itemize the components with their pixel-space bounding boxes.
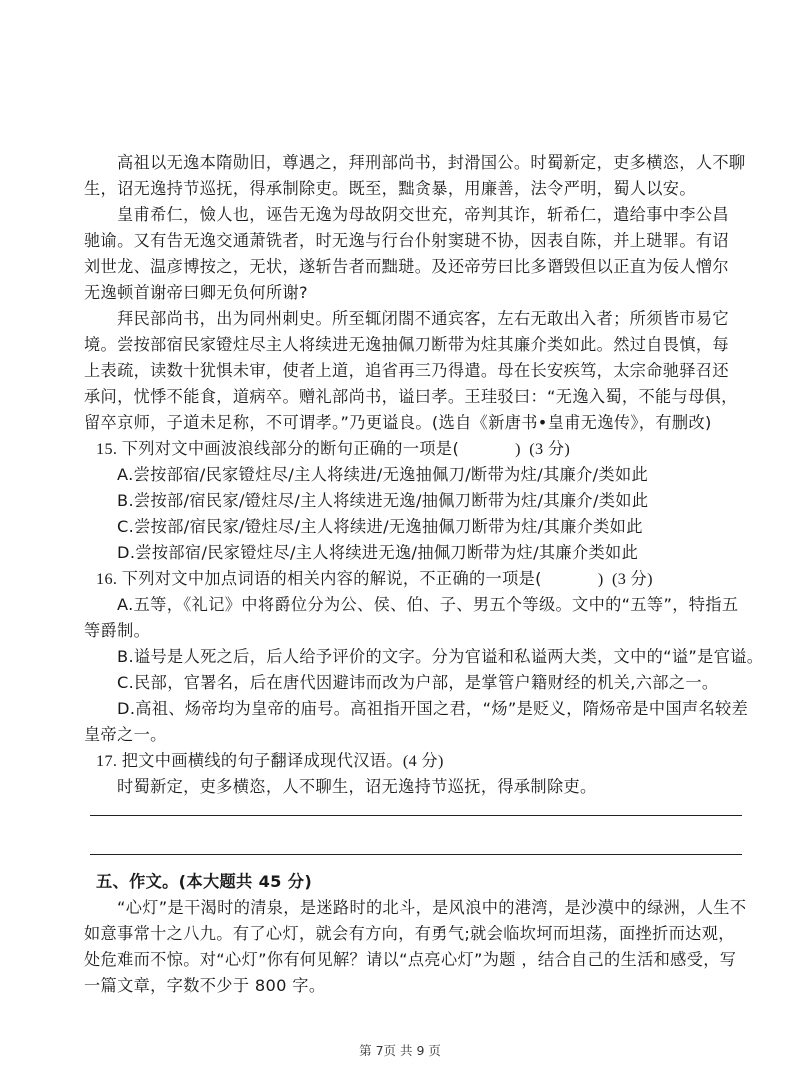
question-score: (3 分): [612, 570, 653, 588]
passage-line: 境。尝按部宿民家镫炷尽主人将续进无逸抽佩刀断带为炷其廉介类如此。然过自畏慎，每: [84, 335, 744, 355]
question-number: 15.: [96, 440, 117, 458]
answer-line[interactable]: [90, 815, 742, 816]
option-d: D.高祖、炀帝均为皇帝的庙号。高祖指开国之君，“炀”是贬义，隋炀帝是中国声名较差: [117, 699, 744, 719]
passage-line: 上表疏，读数十犹惧未审，使者上道，追省再三乃得遣。母在长安疾笃，太宗命驰驿召还: [84, 361, 744, 381]
option-c: C.民部，官署名，后在唐代因避讳而改为户部，是掌管户籍财经的机关,六部之一。: [117, 673, 744, 693]
essay-prompt-line: 如意事常十之八九。有了心灯，就会有方向，有勇气;就会临坎坷而坦荡，面挫折而达观，: [84, 924, 744, 944]
passage-line: 留卒京师，子道未足称，不可谓孝。”乃更谥良。(选自《新唐书•皇甫无逸传》，有删改…: [84, 413, 744, 433]
passage-line: 驰谕。又有告无逸交通萧铣者，时无逸与行台仆射窦琎不协，因表自陈，并上琎罪。有诏: [84, 231, 744, 251]
question-number: 16.: [96, 570, 117, 588]
question-text: 下列对文中画波浪线部分的断句正确的一项是(: [122, 439, 459, 458]
option-d-continued: 皇帝之一。: [84, 725, 744, 745]
option-a: A.尝按部宿/民家镫炷尽/主人将续进/无逸抽佩刀/断带为炷/其廉介/类如此: [117, 465, 744, 485]
translation-sentence: 时蜀新定，吏多横恣，人不聊生，诏无逸持节巡抚，得承制除吏。: [117, 777, 744, 797]
passage-line: 拜民部尚书，出为同州刺史。所至辄闭閤不通宾客，左右无敢出入者；所须皆市易它: [117, 309, 744, 329]
passage-line: 皇甫希仁，憸人也，诬告无逸为母故阴交世充，帝判其诈，斩希仁，遣给事中李公昌: [117, 205, 744, 225]
question-score: (4 分): [403, 752, 444, 770]
option-a: A.五等，《礼记》中将爵位分为公、侯、伯、子、男五个等级。文中的“五等”，特指五: [117, 595, 744, 615]
question-17-stem: 17. 把文中画横线的句子翻译成现代汉语。(4 分): [96, 751, 744, 771]
question-15-stem: 15. 下列对文中画波浪线部分的断句正确的一项是() (3 分): [96, 439, 744, 459]
essay-prompt-line: “心灯”是干渴时的清泉，是迷路时的北斗，是风浪中的港湾，是沙漠中的绿洲，人生不: [117, 898, 744, 918]
essay-prompt-line: 处危难而不惊。对“心灯”你有何见解？请以“点亮心灯”为题 ，结合自己的生活和感受…: [84, 950, 744, 970]
essay-heading: 五、作文。(本大题共 45 分): [96, 872, 756, 892]
option-a-continued: 等爵制。: [84, 621, 744, 641]
question-score: (3 分): [529, 440, 570, 458]
passage-line: 高祖以无逸本隋勋旧，尊遇之，拜刑部尚书，封滑国公。时蜀新定，吏多横恣，人不聊: [117, 153, 744, 173]
question-number: 17.: [96, 752, 117, 770]
passage-line: 刘世龙、温彦博按之，无状，遂斩告者而黜琎。及还帝劳曰比多谮毁但以正直为佞人憎尔: [84, 257, 744, 277]
question-text: 下列对文中加点词语的相关内容的解说，不正确的一项是(: [122, 569, 542, 588]
page-number: 第 7页 共 9 页: [0, 1041, 800, 1059]
option-c: C.尝按部/宿民家/镫炷尽/主人将续进/无逸抽佩刀断带为炷/其廉介类如此: [117, 517, 744, 537]
blank-close: ): [598, 570, 604, 588]
passage-line: 无逸顿首谢帝曰卿无负何所谢?: [84, 283, 744, 303]
passage-line: 承问，忧悸不能食，道病卒。赠礼部尚书，谥曰孝。王珪驳曰：“无逸入蜀，不能与母俱，: [84, 387, 744, 407]
question-16-stem: 16. 下列对文中加点词语的相关内容的解说，不正确的一项是() (3 分): [96, 569, 744, 589]
blank-close: ): [515, 440, 521, 458]
question-text: 把文中画横线的句子翻译成现代汉语。: [122, 751, 403, 770]
passage-line: 生，诏无逸持节巡抚，得承制除吏。既至，黜贪暴，用廉善，法令严明，蜀人以安。: [84, 179, 744, 199]
option-b: B.尝按部/宿民家/镫炷尽/主人将续进无逸/抽佩刀断带为炷/其廉介/类如此: [117, 491, 744, 511]
answer-line[interactable]: [90, 854, 742, 855]
essay-prompt-line: 一篇文章，字数不少于 800 字。: [84, 976, 744, 996]
exam-page: 高祖以无逸本隋勋旧，尊遇之，拜刑部尚书，封滑国公。时蜀新定，吏多横恣，人不聊 生…: [0, 0, 800, 1088]
option-b: B.谥号是人死之后，后人给予评价的文字。分为官谥和私谥两大类，文中的“谥”是官谥…: [117, 647, 744, 667]
option-d: D.尝按部宿/民家镫炷尽/主人将续进无逸/抽佩刀断带为炷/其廉介类如此: [117, 543, 744, 563]
